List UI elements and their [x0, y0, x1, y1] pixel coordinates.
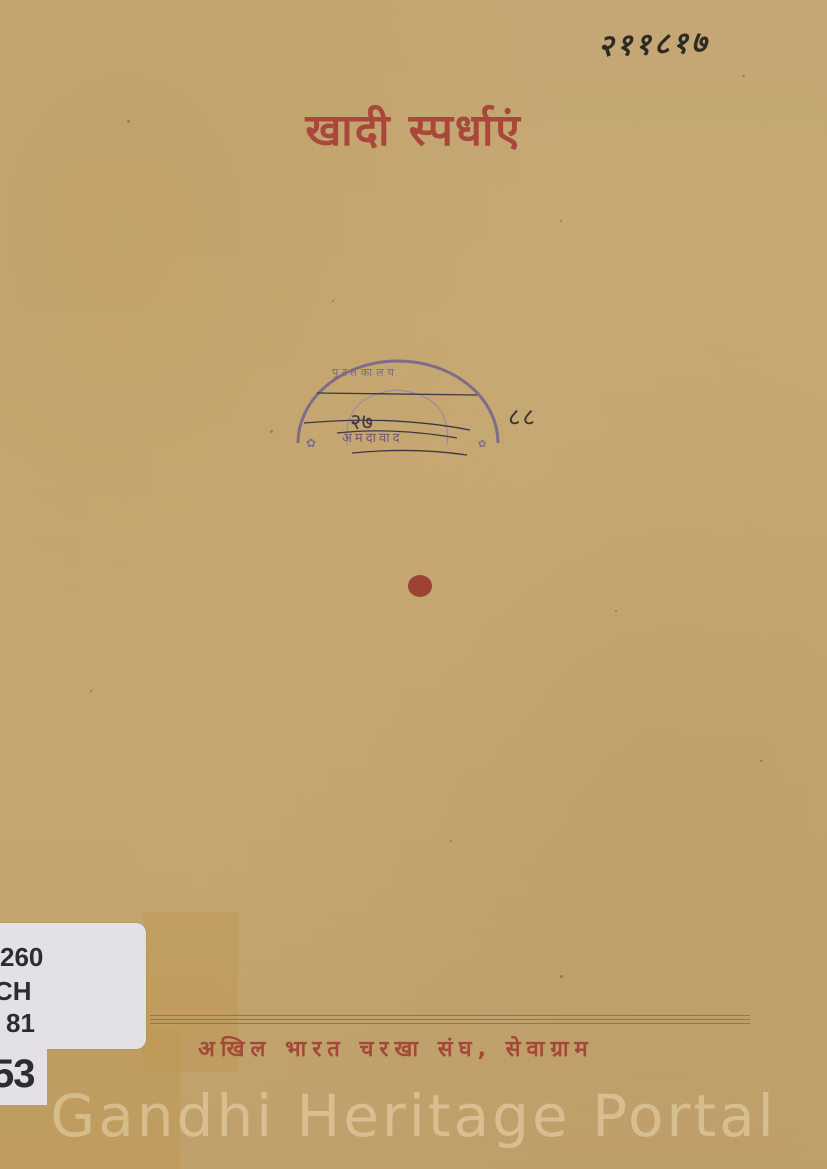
publisher-name: अखिल भारत चरखा संघ, सेवाग्राम: [198, 1033, 594, 1063]
paper-speck: [560, 975, 563, 978]
handwritten-margin-note: ८८: [508, 400, 537, 433]
call-number-line: CH: [0, 978, 32, 1004]
paper-speck: [450, 840, 452, 842]
library-stamp: ✿ ✿ पुस्तकालय २७ अमदावाद: [292, 355, 502, 460]
handwritten-accession-number: २११८१७: [597, 20, 710, 65]
stamp-ring-text: पुस्तकालय: [332, 365, 398, 380]
svg-text:✿: ✿: [478, 439, 486, 450]
ornament-dot: [408, 575, 432, 597]
svg-text:✿: ✿: [306, 436, 316, 450]
call-number-line: 260: [0, 944, 43, 970]
paper-speck: [560, 220, 562, 222]
paper-speck: [760, 760, 763, 762]
divider-line: [150, 1019, 750, 1020]
paper-speck: [742, 75, 745, 77]
watermark: Gandhi Heritage Portal: [0, 1082, 827, 1150]
stamp-city: अमदावाद: [342, 428, 402, 446]
paper-speck: [90, 690, 92, 692]
divider-line: [150, 1015, 750, 1016]
book-cover: २११८१७ खादी स्पर्धाएं ✿ ✿ पुस्तकालय २७ अ…: [0, 0, 827, 1169]
call-number-line: 81: [6, 1010, 35, 1036]
paper-speck: [615, 610, 617, 612]
book-title: खादी स्पर्धाएं: [0, 98, 827, 158]
paper-speck: [332, 300, 334, 302]
paper-speck: [270, 430, 273, 433]
divider-line: [150, 1023, 750, 1024]
